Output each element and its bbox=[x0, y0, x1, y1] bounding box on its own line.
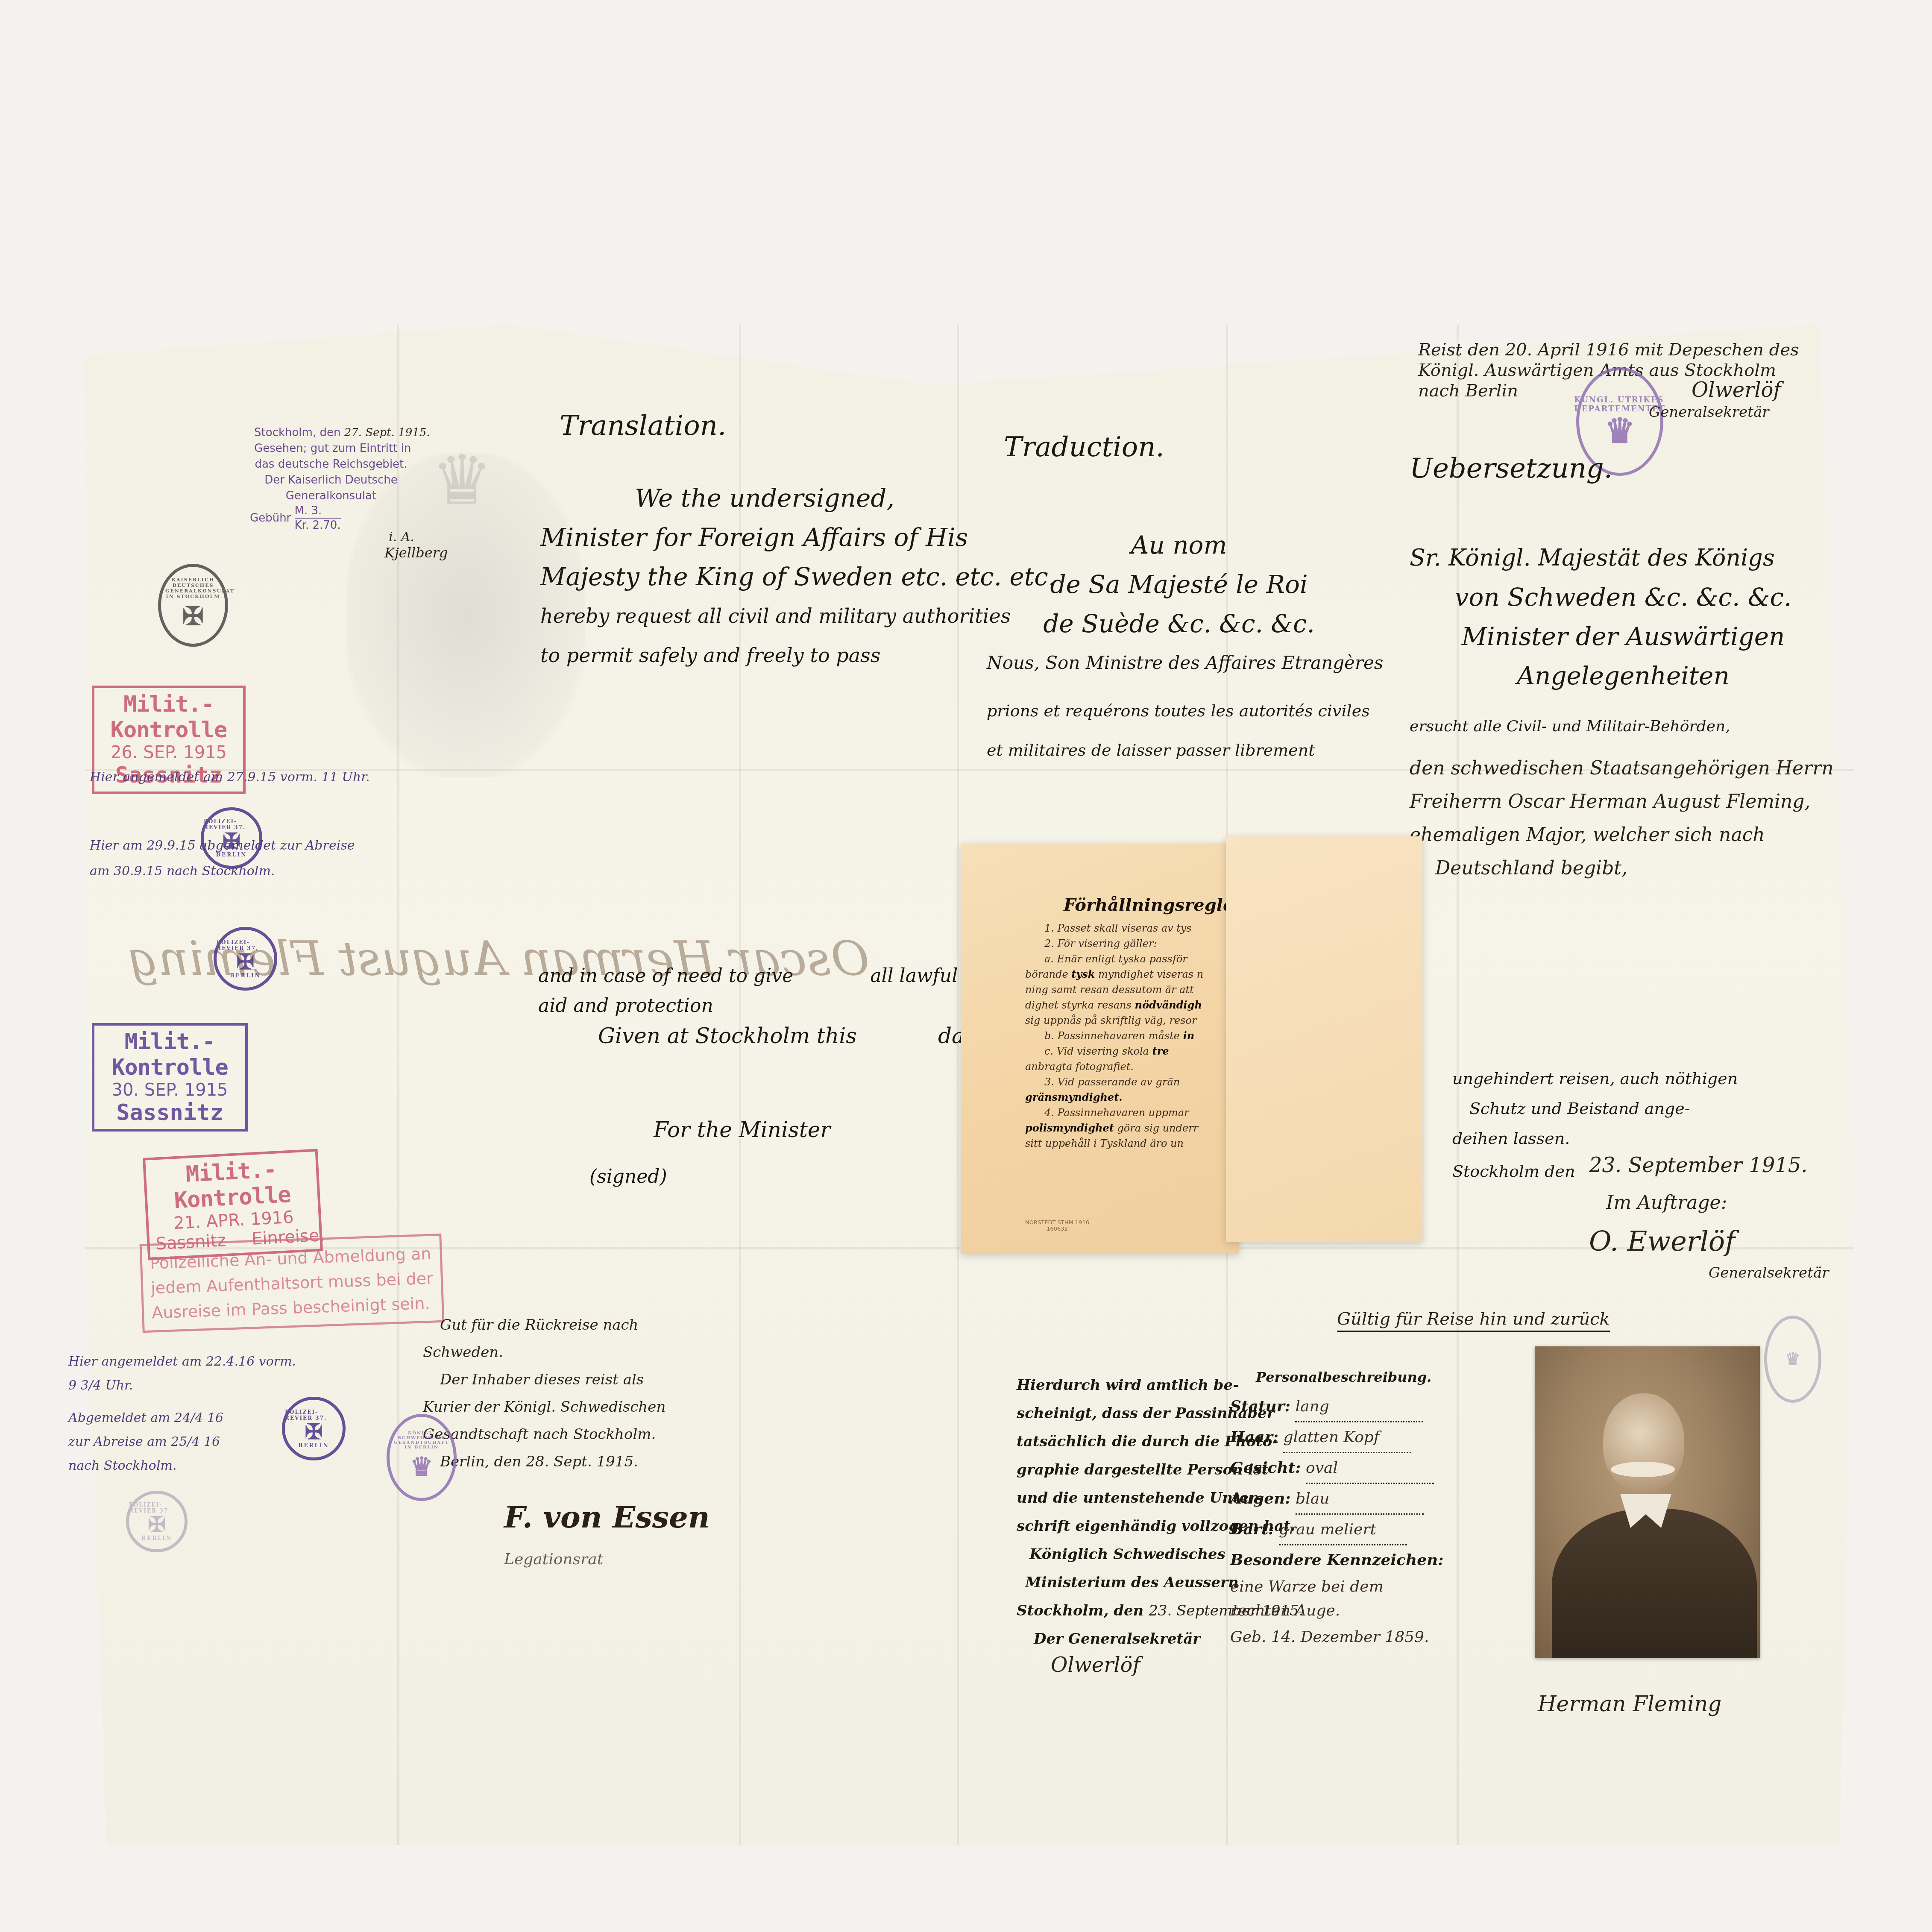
note-line: Der Inhaber dieses reist als bbox=[440, 1366, 665, 1393]
rule-line: sitt uppehåll i Tyskland äro un bbox=[1025, 1136, 1230, 1151]
german-consulate-seal: KAISERLICH DEUTSCHES GENERALKONSULAT IN … bbox=[158, 564, 228, 647]
stamp-date: 26. SEP. 1915 bbox=[100, 743, 237, 762]
polizei-revier-seal: POLIZEI-REVIER 37. ✠ BERLIN bbox=[214, 927, 277, 991]
rule-bold: polismyndighet bbox=[1025, 1122, 1114, 1134]
stamp-title: Milit.-Kontrolle bbox=[152, 1155, 312, 1214]
english-heading: Translation. bbox=[560, 410, 726, 442]
german-line: ungehindert reisen, auch nöthigen bbox=[1452, 1064, 1738, 1094]
english-line: We the undersigned, bbox=[540, 478, 989, 518]
visa-date: 27. Sept. 1915. bbox=[344, 426, 430, 439]
visa-line: Generalkonsulat bbox=[254, 488, 408, 504]
field-value: lang bbox=[1295, 1392, 1423, 1422]
von-essen-signature: F. von Essen bbox=[504, 1499, 710, 1535]
holder-photograph bbox=[1535, 1346, 1760, 1658]
field-value: blau bbox=[1296, 1484, 1424, 1515]
imprint-line: NORSTEDT STHM 1916 bbox=[1025, 1220, 1089, 1226]
visa-signature: Kjellberg bbox=[384, 545, 448, 561]
polizei-revier-seal: POLIZEI-REVIER 37. ✠ BERLIN bbox=[126, 1491, 188, 1552]
rule-bold: tre bbox=[1152, 1045, 1169, 1057]
photo-coat bbox=[1552, 1509, 1757, 1658]
for-the-minister: For the Minister bbox=[654, 1115, 965, 1145]
birth-date: Geb. 14. Dezember 1859. bbox=[1230, 1628, 1429, 1646]
crown-icon: ♛ bbox=[431, 440, 493, 520]
german-line: von Schweden &c. &c. &c. bbox=[1410, 578, 1837, 617]
field-label: Bart: bbox=[1230, 1520, 1274, 1538]
english-line: all lawful bbox=[870, 965, 958, 987]
note-line: Berlin, den 28. Sept. 1915. bbox=[440, 1448, 665, 1475]
field-value: oval bbox=[1306, 1454, 1434, 1484]
field-label: Haar: bbox=[1230, 1428, 1278, 1446]
top-signature: Olwerlöf bbox=[1692, 378, 1781, 402]
field-value: grau meliert bbox=[1279, 1515, 1407, 1545]
visa-line: Gesehen; gut zum Eintritt in bbox=[254, 441, 408, 457]
berlin-return-note: Gut für die Rückreise nach Schweden. Der… bbox=[423, 1311, 665, 1475]
leaflet-title: Förhållningsregler bbox=[1064, 895, 1243, 915]
french-line: Nous, Son Ministre des Affaires Etrangèr… bbox=[987, 643, 1371, 683]
signature-title: Generalsekretär bbox=[1709, 1264, 1829, 1281]
note-line: Schweden. bbox=[423, 1339, 665, 1366]
english-line: and in case of need to give bbox=[538, 965, 793, 987]
french-line: Au nom bbox=[987, 525, 1371, 565]
rule-text: myndighet viseras n bbox=[1095, 968, 1203, 980]
eagle-icon: ✠ bbox=[305, 1421, 323, 1442]
eagle-icon: ✠ bbox=[182, 599, 204, 633]
police-note: Abgemeldet am 24/4 16 bbox=[68, 1406, 296, 1430]
holder-line: Deutschland begibt, bbox=[1435, 852, 1834, 885]
rule-text: dighet styrka resans bbox=[1025, 999, 1135, 1011]
seal-text: KAISERLICH DEUTSCHES GENERALKONSULAT IN … bbox=[165, 577, 221, 599]
german-line: Minister der Auswärtigen bbox=[1410, 617, 1837, 656]
olwerlof-signature: Olwerlöf bbox=[1051, 1653, 1140, 1677]
rule-line: anbragta fotografiet. bbox=[1025, 1059, 1230, 1074]
french-line: de Sa Majesté le Roi bbox=[987, 565, 1371, 604]
german-line: Angelegenheiten bbox=[1410, 656, 1837, 695]
police-note: Hier angemeldet am 22.4.16 vorm. bbox=[68, 1350, 296, 1374]
visa-signature-prefix: i. A. bbox=[389, 530, 414, 545]
stamp-place: Sassnitz bbox=[100, 1100, 239, 1126]
ewerlof-signature: O. Ewerlöf bbox=[1589, 1226, 1735, 1258]
eagle-icon: ✠ bbox=[237, 951, 255, 973]
rule-bold: gränsmyndighet. bbox=[1025, 1091, 1123, 1103]
french-line: prions et requérons toutes les autorités… bbox=[987, 691, 1371, 730]
stamp-title: Milit.-Kontrolle bbox=[100, 1029, 239, 1080]
rule-line: 2. För visering gäller: bbox=[1044, 936, 1230, 951]
registration-notice-stamp: Polizeiliche An- und Abmeldung an jedem … bbox=[140, 1234, 445, 1333]
stamp-date: 30. SEP. 1915 bbox=[100, 1080, 239, 1100]
note-line: Reist den 20. April 1916 mit Depeschen d… bbox=[1418, 340, 1799, 360]
english-text: We the undersigned, Minister for Foreign… bbox=[540, 478, 989, 675]
field-value: glatten Kopf bbox=[1283, 1423, 1411, 1453]
rule-bold: nödvändigh bbox=[1135, 999, 1202, 1011]
seal-text: KÖNIGL. SCHWEDISCHE GESANDTSCHAFT IN BER… bbox=[394, 1431, 449, 1450]
english-line: Given at Stockholm this bbox=[598, 1023, 857, 1048]
polizei-revier-seal: POLIZEI-REVIER 37. ✠ BERLIN bbox=[282, 1397, 346, 1460]
eagle-icon: ✠ bbox=[223, 830, 240, 852]
visa-line: das deutsche Reichsgebiet. bbox=[254, 457, 408, 472]
milit-kontrolle-stamp: Milit.-Kontrolle 30. SEP. 1915 Sassnitz bbox=[92, 1023, 248, 1132]
german-date-value: 23. September 1915. bbox=[1589, 1153, 1808, 1177]
im-auftrage: Im Auftrage: bbox=[1606, 1192, 1727, 1214]
rule-line: 4. Passinnehavaren uppmar bbox=[1044, 1105, 1230, 1120]
holder-signature: Herman Fleming bbox=[1538, 1692, 1721, 1716]
crown-icon: ♛ bbox=[1604, 413, 1635, 448]
fee-label: Gebühr bbox=[250, 512, 291, 525]
leaflet-rules: 1. Passet skall viseras av tys 2. För vi… bbox=[1025, 921, 1230, 1151]
german-request: ersucht alle Civil- und Militair-Behörde… bbox=[1410, 718, 1730, 735]
field-value: eine Warze bei dem rechten Auge. bbox=[1230, 1578, 1384, 1619]
english-line: Minister for Foreign Affairs of His bbox=[540, 518, 989, 557]
police-note: nach Stockholm. bbox=[68, 1454, 296, 1478]
seal-text: BERLIN bbox=[230, 973, 261, 979]
english-line: hereby request all civil and military au… bbox=[540, 596, 989, 636]
second-leaflet[interactable] bbox=[1226, 836, 1422, 1242]
consulate-visa-stamp: Stockholm, den 27. Sept. 1915. Gesehen; … bbox=[254, 425, 408, 532]
holder-entry: den schwedischen Staatsangehörigen Herrn… bbox=[1410, 752, 1834, 885]
fee-kronor: Kr. 2.70. bbox=[295, 519, 341, 532]
rule-line: a. Enär enligt tyska passför bbox=[1044, 951, 1230, 967]
seal-text: BERLIN bbox=[298, 1442, 329, 1448]
rule-line: sig uppnås på skriftlig väg, resor bbox=[1025, 1013, 1230, 1028]
photo-mustache bbox=[1611, 1462, 1675, 1477]
rule-line: ning samt resan dessutom är att bbox=[1025, 982, 1230, 997]
visa-line: Der Kaiserlich Deutsche bbox=[254, 472, 408, 488]
imprint-line: 160632 bbox=[1025, 1226, 1089, 1232]
description-heading: Personalbeschreibung. bbox=[1256, 1363, 1444, 1392]
rule-text: börande bbox=[1025, 968, 1071, 980]
english-line: aid and protection bbox=[538, 991, 965, 1021]
note-line: Gut für die Rückreise nach bbox=[440, 1311, 665, 1339]
german-line: deihen lassen. bbox=[1452, 1123, 1738, 1153]
english-line: to permit safely and freely to pass bbox=[540, 636, 989, 675]
holder-line: den schwedischen Staatsangehörigen Herrn bbox=[1410, 752, 1834, 785]
holder-line: Freiherrn Oscar Herman August Fleming, bbox=[1410, 785, 1834, 818]
visa-line: Stockholm, den bbox=[254, 426, 340, 439]
german-lower-text: ungehindert reisen, auch nöthigen Schutz… bbox=[1452, 1064, 1738, 1153]
field-label: Besondere Kennzeichen: bbox=[1230, 1551, 1444, 1569]
english-lower-text: and in case of need to giveall lawful ai… bbox=[538, 961, 965, 1192]
leaflet-imprint: NORSTEDT STHM 1916 160632 bbox=[1025, 1220, 1089, 1232]
rule-bold: tysk bbox=[1071, 968, 1095, 980]
french-line: et militaires de laisser passer libremen… bbox=[987, 730, 1371, 770]
rule-line: 3. Vid passerande av grän bbox=[1044, 1074, 1230, 1090]
rule-line: 1. Passet skall viseras av tys bbox=[1044, 921, 1230, 936]
note-line: Kurier der Königl. Schwedischen bbox=[423, 1393, 665, 1421]
rule-text: b. Passinnehavaren måste bbox=[1044, 1030, 1183, 1042]
field-label: Gesicht: bbox=[1230, 1459, 1301, 1477]
rules-leaflet[interactable]: Förhållningsregler 1. Passet skall viser… bbox=[961, 844, 1239, 1254]
german-date-label: Stockholm den bbox=[1452, 1162, 1575, 1181]
german-line: Sr. Königl. Majestät des Königs bbox=[1410, 538, 1837, 578]
french-heading: Traduction. bbox=[1004, 431, 1164, 463]
holder-line: ehemaligen Major, welcher sich nach bbox=[1410, 818, 1834, 852]
crown-icon: ♛ bbox=[1785, 1342, 1800, 1376]
seal-text: BERLIN bbox=[141, 1535, 172, 1541]
note-line: Gesandtschaft nach Stockholm. bbox=[423, 1421, 665, 1448]
crown-icon: ♛ bbox=[410, 1450, 433, 1484]
validity-note: Gültig für Reise hin und zurück bbox=[1337, 1309, 1610, 1332]
polizei-revier-seal: POLIZEI-REVIER 37. ✠ BERLIN bbox=[201, 807, 262, 869]
police-note: 9 3/4 Uhr. bbox=[68, 1374, 296, 1398]
german-text: Sr. Königl. Majestät des Königs von Schw… bbox=[1410, 538, 1837, 695]
seal-text: BERLIN bbox=[216, 852, 247, 858]
german-line: Schutz und Beistand ange- bbox=[1469, 1094, 1738, 1123]
rule-text: göra sig underr bbox=[1114, 1122, 1198, 1134]
rule-bold: in bbox=[1183, 1029, 1195, 1042]
french-line: de Suède &c. &c. &c. bbox=[987, 604, 1371, 643]
german-heading: Uebersetzung. bbox=[1410, 453, 1612, 484]
fee-marks: M. 3. bbox=[295, 504, 341, 519]
eagle-icon: ✠ bbox=[148, 1514, 166, 1535]
swedish-legation-seal: KÖNIGL. SCHWEDISCHE GESANDTSCHAFT IN BER… bbox=[387, 1414, 457, 1501]
field-label: Statur: bbox=[1230, 1397, 1290, 1415]
field-label: Augen: bbox=[1230, 1489, 1291, 1507]
police-note: zur Abreise am 25/4 16 bbox=[68, 1430, 296, 1454]
english-line: Majesty the King of Sweden etc. etc. etc… bbox=[540, 557, 989, 596]
signed-note: (signed) bbox=[589, 1162, 965, 1192]
legationsrat-title: Legationsrat bbox=[504, 1551, 603, 1568]
departement-seal-faint: ♛ bbox=[1764, 1316, 1821, 1403]
rule-text: c. Vid visering skola bbox=[1044, 1045, 1152, 1057]
personal-description: Personalbeschreibung. Statur: lang Haar:… bbox=[1119, 1363, 1444, 1652]
stamp-title: Milit.-Kontrolle bbox=[100, 692, 237, 743]
top-signature-title: Generalsekretär bbox=[1649, 404, 1769, 421]
french-text: Au nom de Sa Majesté le Roi de Suède &c.… bbox=[987, 525, 1371, 770]
police-notes-1916: Hier angemeldet am 22.4.16 vorm. 9 3/4 U… bbox=[68, 1350, 296, 1478]
police-note: Hier angemeldet am 27.9.15 vorm. 11 Uhr. bbox=[90, 765, 370, 790]
